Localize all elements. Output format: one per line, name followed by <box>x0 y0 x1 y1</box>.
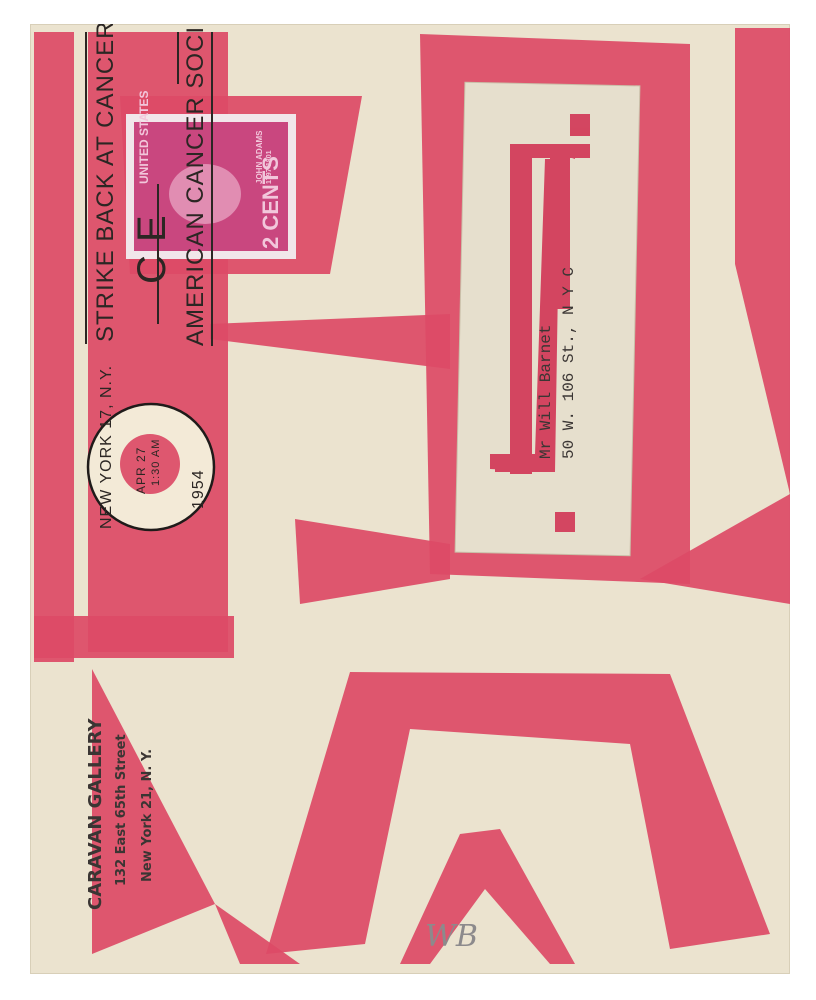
postmark-year: 1954 <box>190 469 208 509</box>
postmark-date: APR 27 <box>134 447 148 494</box>
postmark-city: NEW YORK 17, N.Y. <box>98 365 116 529</box>
cancel-slogan-line1: STRIKE BACK AT CANCER <box>92 24 120 342</box>
stamp-country: UNITED STATES <box>138 90 151 184</box>
central-wedge <box>210 314 450 369</box>
left-red-bar <box>34 32 74 662</box>
return-address-city: New York 21, N. Y. <box>140 749 155 882</box>
return-address-name: CARAVAN GALLERY <box>85 718 106 910</box>
addressee-name: Mr Will Barnet <box>537 325 555 459</box>
cancel-slogan-line2: AMERICAN CANCER SOCIETY <box>182 24 210 346</box>
postmark-time: 1:30 AM <box>150 439 162 486</box>
left-red-foot <box>34 616 234 658</box>
stamp-denomination: 2 CENTS <box>258 156 284 249</box>
bow-left-triangle <box>295 519 450 604</box>
return-address-street: 132 East 65th Street <box>114 734 129 886</box>
addressee-street: 50 W. 106 St., N Y C <box>560 267 578 459</box>
envelope: STRIKE BACK AT CANCER AMERICAN CANCER SO… <box>30 24 790 974</box>
artist-signature: WB <box>425 919 478 954</box>
cancel-emblem: C E <box>130 214 175 284</box>
